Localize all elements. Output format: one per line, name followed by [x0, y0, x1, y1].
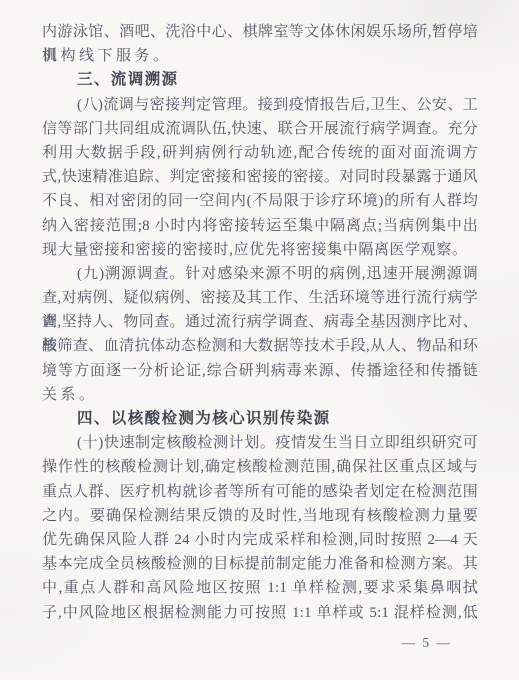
text-line: 基本完成全员核酸检测的目标提前制定能力准备和检测方案。其 — [42, 552, 478, 576]
text-line: 酸筛查、血清抗体动态检测和大数据等技术手段,从人、物品和环 — [42, 334, 478, 358]
text-line: 优先确保风险人群 24 小时内完成采样和检测,同时按照 2—4 天 — [42, 528, 478, 552]
text-line: 不良、相对密闭的同一空间内(不局限于诊疗环境)的所有人群均 — [42, 189, 478, 213]
text-line: 纳入密接范围;8 小时内将密接转运至集中隔离点;当病例集中出 — [42, 214, 478, 238]
text-line: 之内。要确保检测结果反馈的及时性,当地现有核酸检测力量要 — [42, 504, 478, 528]
section-heading: 三、流调溯源 — [42, 68, 478, 92]
text-line: 利用大数据手段,研判病例行动轨迹,配合传统的面对面流调方 — [42, 141, 478, 165]
text-line: 中,重点人群和高风险地区按照 1:1 单样检测,要求采集鼻咽拭 — [42, 576, 478, 600]
text-line: 现大量密接和密接的密接时,应优先将密接集中隔离医学观察。 — [42, 238, 478, 262]
text-line: (十)快速制定核酸检测计划。疫情发生当日立即组织研究可 — [42, 431, 478, 455]
text-line: (九)溯源调查。针对感染来源不明的病例,迅速开展溯源调 — [42, 262, 478, 286]
text-line: 信等部门共同组成流调队伍,快速、联合开展流行病学调查。充分 — [42, 117, 478, 141]
text-line: (八)流调与密接判定管理。接到疫情报告后,卫生、公安、工 — [42, 93, 478, 117]
section-heading: 四、以核酸检测为核心识别传染源 — [42, 407, 478, 431]
text-line: 子,中风险地区根据检测能力可按照 1:1 单样或 5:1 混样检测,低 — [42, 601, 478, 625]
text-line: 重点人群、医疗机构就诊者等所有可能的感染者划定在检测范围 — [42, 480, 478, 504]
text-line: 机构线下服务。 — [42, 44, 478, 68]
page-number: — 5 — — [42, 635, 478, 651]
text-line: 操作性的核酸检测计划,确定核酸检测范围,确保社区重点区域与 — [42, 455, 478, 479]
text-line: 查,对病例、疑似病例、密接及其工作、生活环境等进行流行病学调 — [42, 286, 478, 310]
document-page: 内游泳馆、酒吧、洗浴中心、棋牌室等文体休闲娱乐场所,暂停培训机构线下服务。三、流… — [0, 0, 519, 680]
text-line: 查,坚持人、物同查。通过流行病学调查、病毒全基因测序比对、核 — [42, 310, 478, 334]
text-line: 境等方面逐一分析论证,综合研判病毒来源、传播途径和传播链 — [42, 359, 478, 383]
text-line: 式,快速精准追踪、判定密接和密接的密接。对同时段暴露于通风 — [42, 165, 478, 189]
document-lines: 内游泳馆、酒吧、洗浴中心、棋牌室等文体休闲娱乐场所,暂停培训机构线下服务。三、流… — [42, 20, 478, 625]
text-line: 关系。 — [42, 383, 478, 407]
text-line: 内游泳馆、酒吧、洗浴中心、棋牌室等文体休闲娱乐场所,暂停培训 — [42, 20, 478, 44]
